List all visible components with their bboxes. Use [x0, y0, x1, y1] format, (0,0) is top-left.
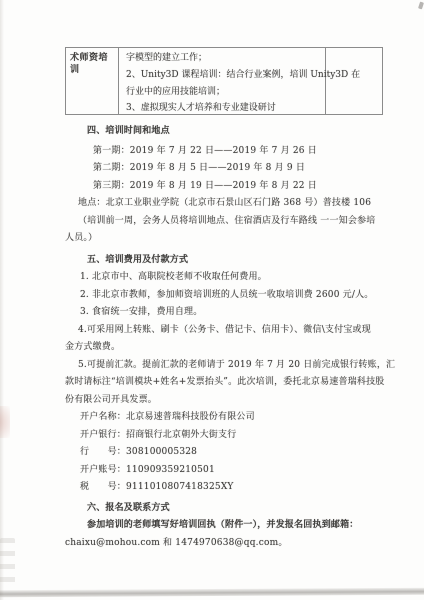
scan-speck-top-right	[418, 2, 424, 10]
bank-account-name-line: 开户名称：北京易速普瑞科技股份有限公司	[65, 409, 395, 427]
table-cell-empty	[326, 48, 382, 114]
table-cell-module-detail: 字模型的建立工作； 2、Unity3D 课程培训：结合行业案例，培训 Unity…	[119, 48, 326, 114]
contact-emails-line: chaixu@mohou.com 和 1474970638@qq.com。	[65, 535, 395, 553]
section-heading-time-location: 四、培训时间和地点	[65, 123, 395, 141]
module-detail-line: 2、Unity3D 课程培训：结合行业案例，培训 Unity3D 在	[126, 67, 323, 84]
fee-item-5-line-2: 款时请标注“培训模块+姓名+发票抬头”。此次培训，委托北京易速普瑞科技股	[65, 374, 395, 392]
bank-name-line: 开户银行：招商银行北京朝外大街支行	[65, 427, 395, 445]
page-bottom-edge-shadow	[0, 588, 424, 598]
scan-marks-bottom-left	[0, 538, 15, 588]
document-body: 四、培训时间和地点 第一期：2019 年 7 月 22 日——2019 年 7 …	[65, 114, 395, 552]
section-heading-fee-payment: 五、培训费用及付款方式	[65, 252, 395, 270]
bank-account-number-line: 开户账号：110909359210501	[65, 462, 395, 480]
fee-item-1: 1. 北京市中、高职院校老师不收取任何费用。	[65, 269, 395, 287]
tax-number-line: 税 号：9111010807418325XY	[65, 479, 395, 497]
fee-item-2: 2. 非北京市教师，参加师资培训班的人员统一收取培训费 2600 元/人。	[65, 287, 395, 305]
location-note-line-2: 人员。）	[65, 230, 395, 248]
module-title-text: 术师资培训	[70, 53, 108, 75]
scanned-document-page: 术师资培训 字模型的建立工作； 2、Unity3D 课程培训：结合行业案例，培训…	[0, 0, 424, 600]
fee-item-4-line-2: 金方式缴费。	[65, 339, 395, 357]
location-note-line-1: （培训前一周，会务人员将培训地点、住宿酒店及行车路线 一一知会参培	[65, 213, 395, 231]
location-line: 地点：北京工业职业学院（北京市石景山区石门路 368 号）普技楼 106	[65, 195, 395, 213]
fee-item-4-line-1: 4.可采用网上转账、刷卡（公务卡、借记卡、信用卡）、微信\支付宝或现	[65, 322, 395, 340]
bank-number-line: 行 号：308100005328	[65, 444, 395, 462]
module-detail-line: 字模型的建立工作；	[126, 50, 323, 67]
module-detail-line: 行业中的应用技能培训；	[126, 84, 323, 101]
page-left-edge-shadow	[0, 0, 4, 600]
training-module-table: 术师资培训 字模型的建立工作； 2、Unity3D 课程培训：结合行业案例，培训…	[65, 47, 383, 115]
period-3-line: 第三期：2019 年 8 月 19 日——2019 年 8 月 22 日	[65, 178, 395, 196]
registration-instruction-line: 参加培训的老师填写好培训回执（附件一），并发报名回执到邮箱：	[65, 517, 395, 535]
fee-item-3: 3. 食宿统一安排，费用自理。	[65, 304, 395, 322]
fee-item-5-line-1: 5.可提前汇款。提前汇款的老师请于 2019 年 7 月 20 日前完成银行转账…	[65, 357, 395, 375]
fee-item-5-line-3: 份有限公司开具发票。	[65, 392, 395, 410]
table-cell-module-title: 术师资培训	[66, 48, 119, 114]
period-1-line: 第一期：2019 年 7 月 22 日——2019 年 7 月 26 日	[65, 143, 395, 161]
section-heading-registration-contact: 六、报名及联系方式	[65, 500, 395, 518]
scan-smudge-left	[0, 406, 10, 438]
period-2-line: 第二期：2019 年 8 月 5 日——2019 年 8 月 9 日	[65, 160, 395, 178]
